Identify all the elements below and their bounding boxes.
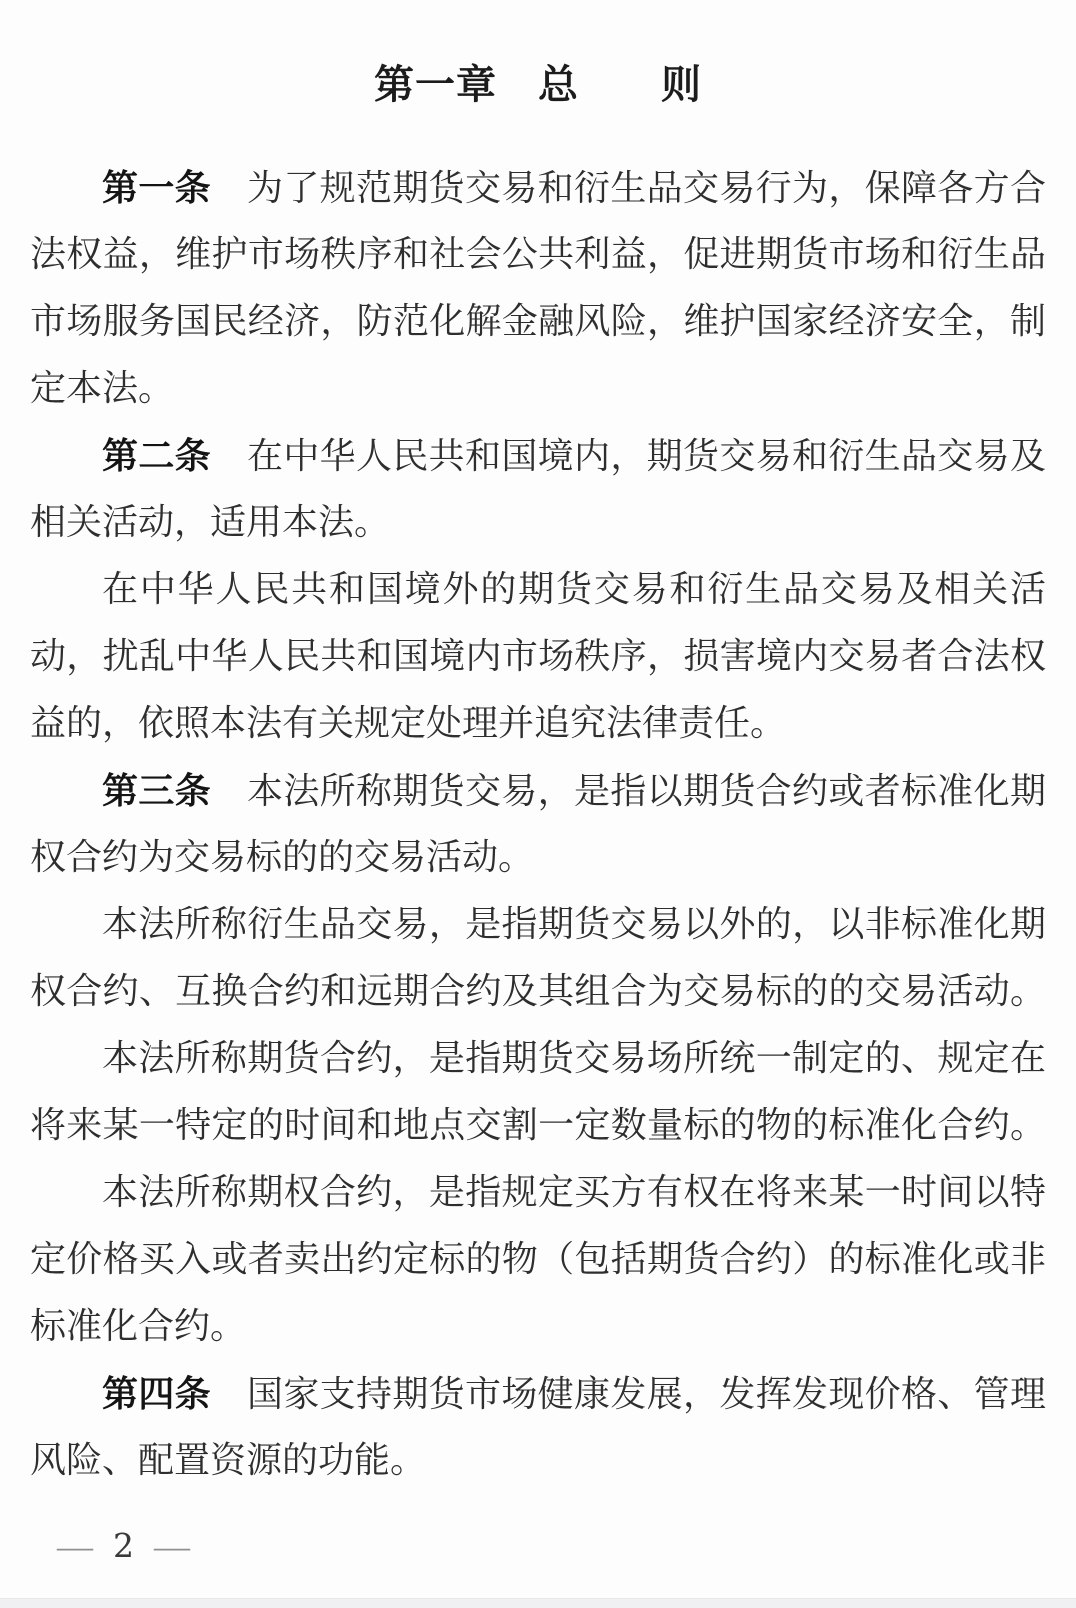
text-line: 标准化合约。 (30, 1293, 1046, 1360)
text-line: 本法所称衍生品交易，是指期货交易以外的，以非标准化期 (30, 891, 1046, 958)
line-text: 相关活动，适用本法。 (30, 502, 390, 542)
page-number: 2 (113, 1526, 134, 1566)
line-text: 在中华人民共和国境内，期货交易和衍生品交易及 (247, 436, 1046, 476)
line-text: 本法所称期货合约，是指期货交易场所统一制定的、规定在 (102, 1038, 1046, 1078)
text-line: 权合约、互换合约和远期合约及其组合为交易标的的交易活动。 (30, 958, 1046, 1025)
document-page: 第一章 总 则 第一条为了规范期货交易和衍生品交易行为，保障各方合法权益，维护市… (0, 0, 1076, 1608)
footer-dash-right: — (154, 1526, 190, 1566)
page-bottom-edge (0, 1598, 1076, 1608)
line-text: 动，扰乱中华人民共和国境内市场秩序，损害境内交易者合法权 (30, 636, 1046, 676)
footer-dash-left: — (57, 1526, 93, 1566)
line-text: 市场服务国民经济，防范化解金融风险，维护国家经济安全，制 (30, 301, 1046, 341)
text-line: 益的，依照本法有关规定处理并追究法律责任。 (30, 690, 1046, 757)
line-text: 权合约、互换合约和远期合约及其组合为交易标的的交易活动。 (30, 971, 1046, 1011)
text-line: 权合约为交易标的的交易活动。 (30, 824, 1046, 891)
text-line: 定价格买入或者卖出约定标的物（包括期货合约）的标准化或非 (30, 1226, 1046, 1293)
text-line: 第四条国家支持期货市场健康发展，发挥发现价格、管理 (30, 1360, 1046, 1427)
line-text: 定价格买入或者卖出约定标的物（包括期货合约）的标准化或非 (30, 1239, 1046, 1279)
line-text: 风险、配置资源的功能。 (30, 1440, 426, 1480)
line-text: 权合约为交易标的的交易活动。 (30, 837, 534, 877)
article-number: 第一条 (102, 167, 211, 208)
text-line: 市场服务国民经济，防范化解金融风险，维护国家经济安全，制 (30, 288, 1046, 355)
line-text: 本法所称期货交易，是指以期货合约或者标准化期 (247, 771, 1046, 811)
text-line: 定本法。 (30, 355, 1046, 422)
line-text: 将来某一特定的时间和地点交割一定数量标的物的标准化合约。 (30, 1105, 1046, 1145)
text-line: 风险、配置资源的功能。 (30, 1427, 1046, 1494)
line-text: 本法所称衍生品交易，是指期货交易以外的，以非标准化期 (102, 904, 1046, 944)
text-line: 本法所称期货合约，是指期货交易场所统一制定的、规定在 (30, 1025, 1046, 1092)
text-line: 相关活动，适用本法。 (30, 489, 1046, 556)
article-number: 第四条 (102, 1373, 211, 1414)
text-line: 在中华人民共和国境外的期货交易和衍生品交易及相关活 (30, 556, 1046, 623)
line-text: 本法所称期权合约，是指规定买方有权在将来某一时间以特 (102, 1172, 1046, 1212)
line-text: 为了规范期货交易和衍生品交易行为，保障各方合 (247, 168, 1046, 208)
document-body: 第一条为了规范期货交易和衍生品交易行为，保障各方合法权益，维护市场秩序和社会公共… (30, 154, 1046, 1494)
text-line: 第三条本法所称期货交易，是指以期货合约或者标准化期 (30, 757, 1046, 824)
line-text: 标准化合约。 (30, 1306, 246, 1346)
line-text: 定本法。 (30, 368, 174, 408)
line-text: 国家支持期货市场健康发展，发挥发现价格、管理 (247, 1374, 1046, 1414)
article-number: 第三条 (102, 770, 211, 811)
text-line: 法权益，维护市场秩序和社会公共利益，促进期货市场和衍生品 (30, 221, 1046, 288)
text-line: 第一条为了规范期货交易和衍生品交易行为，保障各方合 (30, 154, 1046, 221)
text-line: 动，扰乱中华人民共和国境内市场秩序，损害境内交易者合法权 (30, 623, 1046, 690)
text-line: 将来某一特定的时间和地点交割一定数量标的物的标准化合约。 (30, 1092, 1046, 1159)
line-text: 在中华人民共和国境外的期货交易和衍生品交易及相关活 (102, 569, 1046, 609)
page-footer: — 2 — (57, 1526, 190, 1566)
text-line: 本法所称期权合约，是指规定买方有权在将来某一时间以特 (30, 1159, 1046, 1226)
line-text: 益的，依照本法有关规定处理并追究法律责任。 (30, 703, 786, 743)
chapter-title: 第一章 总 则 (0, 60, 1076, 110)
line-text: 法权益，维护市场秩序和社会公共利益，促进期货市场和衍生品 (30, 234, 1046, 274)
text-line: 第二条在中华人民共和国境内，期货交易和衍生品交易及 (30, 422, 1046, 489)
article-number: 第二条 (102, 435, 211, 476)
